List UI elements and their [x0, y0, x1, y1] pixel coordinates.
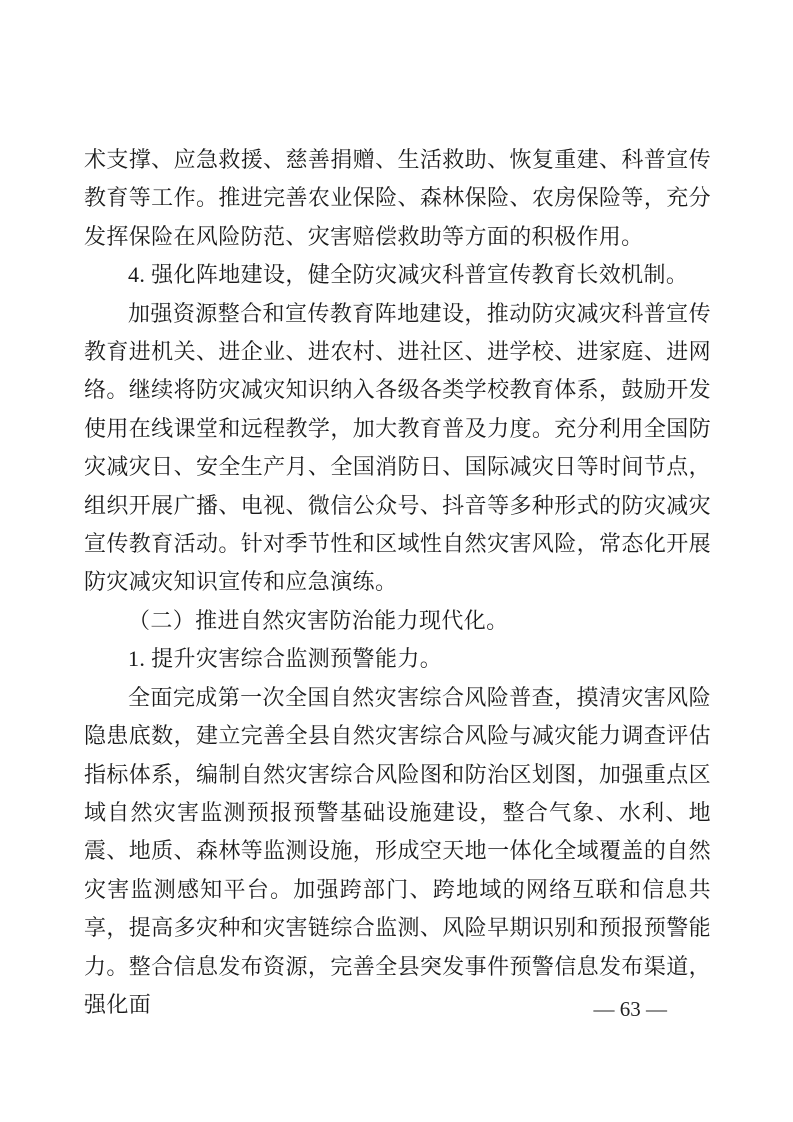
page-number: — 63 — [594, 996, 668, 1022]
section-heading-4: 4. 强化阵地建设，健全防灾减灾科普宣传教育长效机制。 [84, 256, 711, 294]
section-heading-part-2: （二）推进自然灾害防治能力现代化。 [84, 602, 711, 640]
document-body: 术支撑、应急救援、慈善捐赠、生活救助、恢复重建、科普宣传教育等工作。推进完善农业… [84, 141, 711, 1024]
body-paragraph: 加强资源整合和宣传教育阵地建设，推动防灾减灾科普宣传教育进机关、进企业、进农村、… [84, 295, 711, 602]
document-page: 术支撑、应急救援、慈善捐赠、生活救助、恢复重建、科普宣传教育等工作。推进完善农业… [0, 0, 793, 1122]
body-paragraph-continuation: 术支撑、应急救援、慈善捐赠、生活救助、恢复重建、科普宣传教育等工作。推进完善农业… [84, 141, 711, 256]
body-paragraph: 全面完成第一次全国自然灾害综合风险普查，摸清灾害风险隐患底数，建立完善全县自然灾… [84, 679, 711, 1025]
section-heading-1: 1. 提升灾害综合监测预警能力。 [84, 640, 711, 678]
